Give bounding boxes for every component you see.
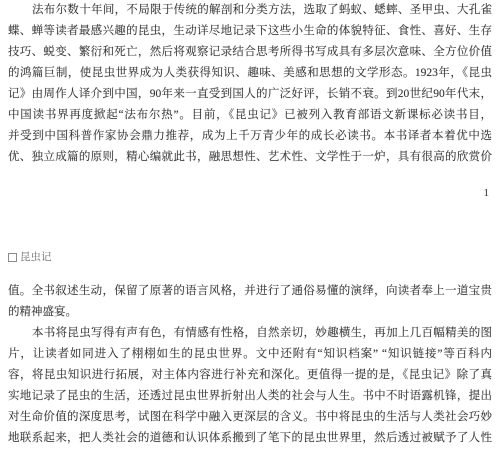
text-line: 优、独立成篇的原则，精心编就此书，融思想性、艺术性、文学性于一炉，具有很高的欣赏…	[8, 147, 492, 168]
text-line: 的精神盛宴。	[8, 302, 492, 323]
text-line: 容，将昆虫知识进行拓展，对主体内容进行补充和深化。更值得一提的是，《昆虫记》除了…	[8, 365, 492, 386]
page-number: 1	[484, 187, 490, 200]
text-line: 本书将昆虫写得有声有色，有情感有性格，自然亲切，妙趣横生，再加上几百幅精美的图	[8, 323, 492, 344]
text-line: 蝶、蝉等读者最感兴趣的昆虫，生动详尽地记录下这些小生命的体貌特征、食性、喜好、生…	[8, 21, 492, 42]
running-header: 昆虫记	[8, 251, 52, 263]
text-line: 的鸿篇巨制，使昆虫世界成为人类获得知识、趣味、美感和思想的文学形态。1923年，…	[8, 63, 492, 84]
paragraph-block-top: 法布尔数十年间，不局限于传统的解剖和分类方法，选取了蚂蚁、蟋蟀、圣甲虫、大孔雀 …	[8, 0, 492, 168]
text-line: 值。全书叙述生动，保留了原著的语言风格，并进行了通俗易懂的演绎，向读者奉上一道宝…	[8, 281, 492, 302]
text-line: 记》由周作人译介到中国，90年来一直受到国人的广泛好评，长销不衰。到20世纪90…	[8, 84, 492, 105]
text-line: 法布尔数十年间，不局限于传统的解剖和分类方法，选取了蚂蚁、蟋蟀、圣甲虫、大孔雀	[8, 0, 492, 21]
text-line: 地联系起来，把人类社会的道德和认识体系搬到了笔下的昆虫世界里，然后透过被赋予了人…	[8, 428, 492, 449]
text-line: 技巧、蜕变、繁衍和死亡，然后将观察记录结合思考所得书写成具有多层次意味、全方位价…	[8, 42, 492, 63]
running-header-title: 昆虫记	[20, 251, 52, 263]
paragraph-block-bottom: 值。全书叙述生动，保留了原著的语言风格，并进行了通俗易懂的演绎，向读者奉上一道宝…	[8, 281, 492, 449]
square-marker-icon	[8, 253, 17, 262]
book-page: 法布尔数十年间，不局限于传统的解剖和分类方法，选取了蚂蚁、蟋蟀、圣甲虫、大孔雀 …	[0, 0, 500, 459]
text-line: 中国读书界再度掀起“法布尔热”。目前，《昆虫记》已被列入教育部语文新课标必读书目…	[8, 105, 492, 126]
text-line: 片，让读者如同进入了栩栩如生的昆虫世界。文中还附有“知识档案” “知识链接”等百…	[8, 344, 492, 365]
text-line: 对生命价值的深度思考，试图在科学中融入更深层的含义。书中将昆虫的生活与人类社会巧…	[8, 407, 492, 428]
text-line: 并受到中国科普作家协会鼎力推荐，成为上千万青少年的成长必读书。本书译者本着优中选	[8, 126, 492, 147]
text-line: 实地记录了昆虫的生活，还透过昆虫世界折射出人类的社会与人生。书中不时语露机锋，提…	[8, 386, 492, 407]
